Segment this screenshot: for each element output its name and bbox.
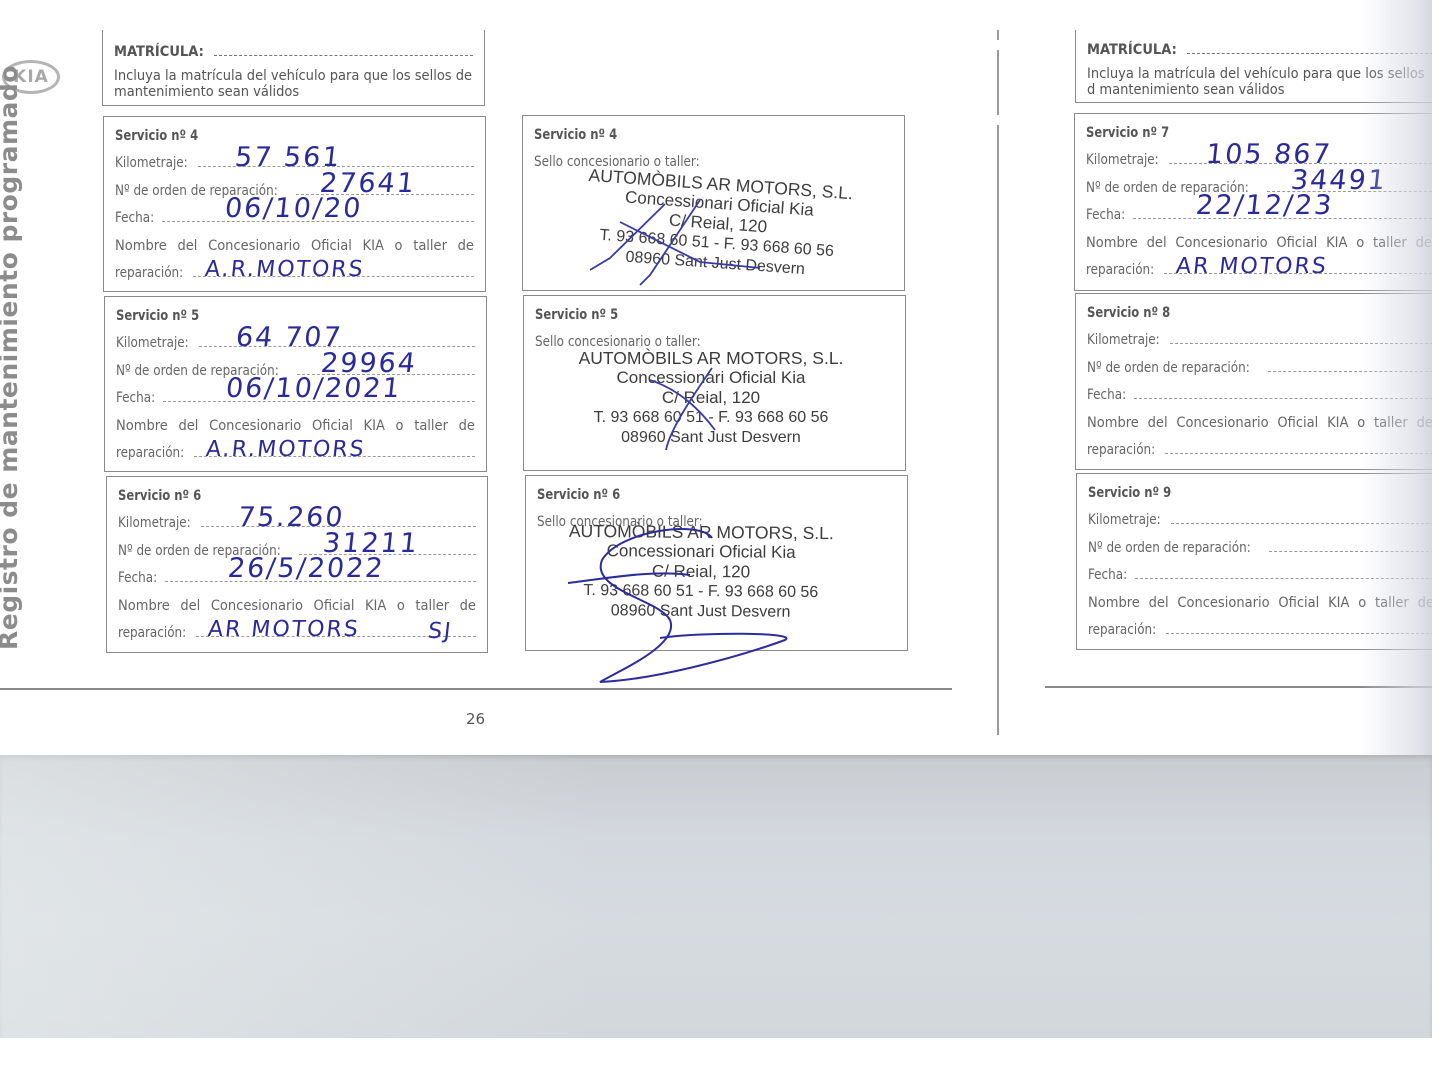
signature-stamp-4 [0,0,1,1]
repair-shop-label: reparación: [1088,617,1156,644]
service-title: Servicio nº 8 [1087,302,1405,327]
repair-shop-row: reparación: [1087,437,1433,465]
repair-order-label: Nº de orden de reparación: [1087,355,1250,382]
handwritten-shop: AR MOTORS [207,616,361,643]
repair-order-field[interactable] [1268,357,1433,372]
handwritten-shop: AR MOTORS [1175,253,1329,280]
dealer-name-word: KIA [1328,590,1349,617]
dealer-name-word: del [1148,410,1168,437]
dealer-name-word: Nombre [116,413,168,440]
repair-shop-row: reparación:AR MOTORS [1086,257,1432,285]
kilometraje-field-row: Kilometraje:75.260 [118,510,476,538]
date-label: Fecha: [1087,382,1126,409]
page-bottom-rule-right [1045,686,1435,688]
book-gutter [997,125,999,735]
repair-shop-row: reparación: [1088,617,1434,645]
dealer-stamp: AUTOMÒBILS AR MOTORS, S.L.Concessionari … [566,521,837,623]
repair-shop-label: reparación: [1087,437,1155,464]
dealer-stamp: AUTOMÒBILS AR MOTORS, S.L.Concessionari … [580,165,856,284]
kilometraje-label: Kilometraje: [116,330,189,357]
dealer-name-word: taller [414,413,448,440]
handwritten-kilometraje: 75.260 [237,504,346,531]
dealer-name-word: Nombre [1087,410,1139,437]
dealer-name-word: Concesionario [1177,590,1269,617]
book-gutter [997,50,999,115]
kilometraje-field-row: Kilometraje:64 707 [116,330,475,358]
date-label: Fecha: [116,385,155,412]
kilometraje-label: Kilometraje: [1086,147,1159,174]
dealer-name-word: taller [1375,590,1409,617]
dealer-name-word: Nombre [1088,590,1140,617]
book-gutter [997,30,999,40]
date-field-row: Fecha:22/12/23 [1086,202,1432,230]
dealer-name-label-row: NombredelConcesionarioOficialKIAotallerd… [1087,410,1433,438]
repair-shop-label: reparación: [118,620,186,647]
repair-shop-field[interactable] [1166,619,1434,634]
repair-shop-label: reparación: [116,440,184,467]
stamp-box-6: Servicio nº 6Sello concesionario o talle… [525,475,908,651]
stamp-line3: C/ Reial, 120 [576,388,846,408]
date-field[interactable] [1134,384,1433,399]
kilometraje-field[interactable] [1171,509,1434,524]
date-field-row: Fecha: [1088,562,1434,590]
repair-order-field-row: Nº de orden de reparación: [1087,355,1433,383]
dealer-name-word: Nombre [118,593,170,620]
dealer-name-word: del [180,593,200,620]
stamp-service-title: Servicio nº 5 [535,304,865,329]
date-field-row: Fecha:26/5/2022 [118,565,476,593]
stamp-company: AUTOMÒBILS AR MOTORS, S.L. [566,521,836,543]
repair-shop-label: reparación: [1086,257,1154,284]
dealer-name-word: Nombre [115,233,167,260]
kilometraje-field-row: Kilometraje: [1087,327,1433,355]
matricula-label: MATRÍCULA: [1087,42,1177,58]
handwritten-kilometraje: 57 561 [234,144,343,171]
handwritten-fecha: 22/12/23 [1195,192,1335,219]
matricula-label-row-right: MATRÍCULA: [1087,42,1433,66]
service-box-5: Servicio nº 5Kilometraje:64 707Nº de ord… [104,296,487,472]
matricula-field[interactable] [214,45,473,56]
vertical-section-title: Registro de mantenimiento programado [0,65,23,650]
stamp-label: Sello concesionario o taller: [534,149,864,175]
stamp-line5: 08960 Sant Just Desvern [576,428,846,448]
date-label: Fecha: [118,565,157,592]
repair-order-field[interactable] [1269,537,1434,552]
dealer-name-word: KIA [1326,230,1347,257]
date-field-row: Fecha: [1087,382,1433,410]
dealer-name-word: de [1417,410,1433,437]
dealer-name-word: de [458,233,474,260]
date-field-row: Fecha:06/10/20 [115,205,474,233]
kilometraje-label: Kilometraje: [118,510,191,537]
dealer-name-label-row: NombredelConcesionarioOficialKIAotallerd… [1088,590,1434,618]
handwritten-kilometraje: 64 707 [235,324,344,351]
date-field[interactable] [1135,564,1434,579]
dealer-name-word: del [177,233,197,260]
dealer-name-word: taller [1374,410,1408,437]
scanner-background-highlight [0,755,600,1038]
dealer-stamp: AUTOMÒBILS AR MOTORS, S.L.Concessionari … [576,348,846,448]
dealer-name-word: Oficial [1277,410,1318,437]
repair-order-label: Nº de orden de reparación: [1088,535,1251,562]
service-box-7: Servicio nº 7Kilometraje:105 867Nº de or… [1074,113,1440,291]
repair-shop-label: reparación: [115,260,183,287]
handwritten-initials: SJ [427,618,454,645]
dealer-name-word: del [178,413,198,440]
stamp-line5: 08960 Sant Just Desvern [566,601,836,623]
service-box-9: Servicio nº 9Kilometraje:Nº de orden de … [1076,473,1440,650]
date-field-row: Fecha:06/10/2021 [116,385,475,413]
stamp-line3: C/ Reial, 120 [566,561,836,583]
repair-shop-row: reparación:A.R.MOTORS [115,260,474,288]
matricula-label-row: MATRÍCULA: [114,44,473,68]
dealer-name-word: de [460,593,476,620]
handwritten-kilometraje: 105 867 [1205,141,1333,168]
handwritten-shop: A.R.MOTORS [204,256,366,283]
dealer-name-word: o [396,413,404,440]
kilometraje-label: Kilometraje: [1087,327,1160,354]
matricula-box-right: MATRÍCULA: Incluya la matrícula del vehí… [1075,30,1440,103]
repair-shop-row: reparación:A.R.MOTORS [116,440,475,468]
handwritten-fecha: 06/10/20 [224,195,364,222]
stamp-line2: Concessionari Oficial Kia [566,541,836,563]
dealer-name-word: taller [415,593,449,620]
dealer-name-word: del [1147,230,1167,257]
matricula-box: MATRÍCULA: Incluya la matrícula del vehí… [102,30,485,106]
matricula-field-right[interactable] [1187,43,1433,54]
dealer-name-label: NombredelConcesionarioOficialKIAotallerd… [1087,410,1433,437]
handwritten-fecha: 06/10/2021 [225,375,403,402]
dealer-name-word: o [1356,230,1364,257]
dealer-name-word: KIA [365,593,386,620]
kilometraje-field-row: Kilometraje:57 561 [115,150,474,178]
stamp-company: AUTOMÒBILS AR MOTORS, S.L. [576,348,846,368]
stamp-service-title: Servicio nº 6 [537,484,867,509]
stamp-line4: T. 93 668 60 51 - F. 93 668 60 56 [576,408,846,428]
stamp-service-title: Servicio nº 4 [534,124,864,149]
matricula-note-right: Incluya la matrícula del vehículo para q… [1087,66,1433,98]
service-box-8: Servicio nº 8Kilometraje:Nº de orden de … [1075,293,1440,470]
kilometraje-label: Kilometraje: [115,150,188,177]
date-label: Fecha: [1086,202,1125,229]
service-box-4: Servicio nº 4Kilometraje:57 561Nº de ord… [103,116,486,292]
dealer-name-word: de [1416,230,1432,257]
stamp-line2: Concessionari Oficial Kia [576,368,846,388]
repair-shop-row: reparación:AR MOTORSSJ [118,620,476,648]
signature-stamp-6 [0,0,1,1]
dealer-name-word: Oficial [1278,590,1319,617]
kilometraje-field[interactable] [1170,329,1433,344]
dealer-name-word: de [459,413,475,440]
matricula-note: Incluya la matrícula del vehículo para q… [114,68,473,100]
kilometraje-label: Kilometraje: [1088,507,1161,534]
service-box-6: Servicio nº 6Kilometraje:75.260Nº de ord… [106,476,488,653]
dealer-name-word: o [1357,410,1365,437]
date-label: Fecha: [1088,562,1127,589]
stamp-box-4: Servicio nº 4Sello concesionario o talle… [522,115,905,291]
handwritten-shop: A.R.MOTORS [205,436,367,463]
dealer-name-word: KIA [1327,410,1348,437]
dealer-name-word: o [397,593,405,620]
matricula-label: MATRÍCULA: [114,44,204,60]
dealer-name-label: NombredelConcesionarioOficialKIAotallerd… [1088,590,1434,617]
dealer-name-word: o [395,233,403,260]
dealer-name-word: Nombre [1086,230,1138,257]
dealer-name-word: o [1358,590,1366,617]
date-label: Fecha: [115,205,154,232]
dealer-name-word: taller [1373,230,1407,257]
repair-order-field-row: Nº de orden de reparación: [1088,535,1434,563]
scan-edge [1432,0,1440,1080]
kilometraje-field-row: Kilometraje: [1088,507,1434,535]
handwritten-fecha: 26/5/2022 [227,555,386,582]
service-title: Servicio nº 9 [1088,482,1406,507]
page-number: 26 [466,710,485,728]
dealer-name-word: del [1149,590,1169,617]
stamp-box-5: Servicio nº 5Sello concesionario o talle… [523,295,906,471]
dealer-name-word: Concesionario [1176,410,1268,437]
dealer-name-word: taller [413,233,447,260]
stamp-line4: T. 93 668 60 51 - F. 93 668 60 56 [566,581,836,603]
signature-stamp-5 [0,0,1,1]
page-bottom-rule-left [0,688,952,690]
repair-shop-field[interactable] [1165,439,1433,454]
